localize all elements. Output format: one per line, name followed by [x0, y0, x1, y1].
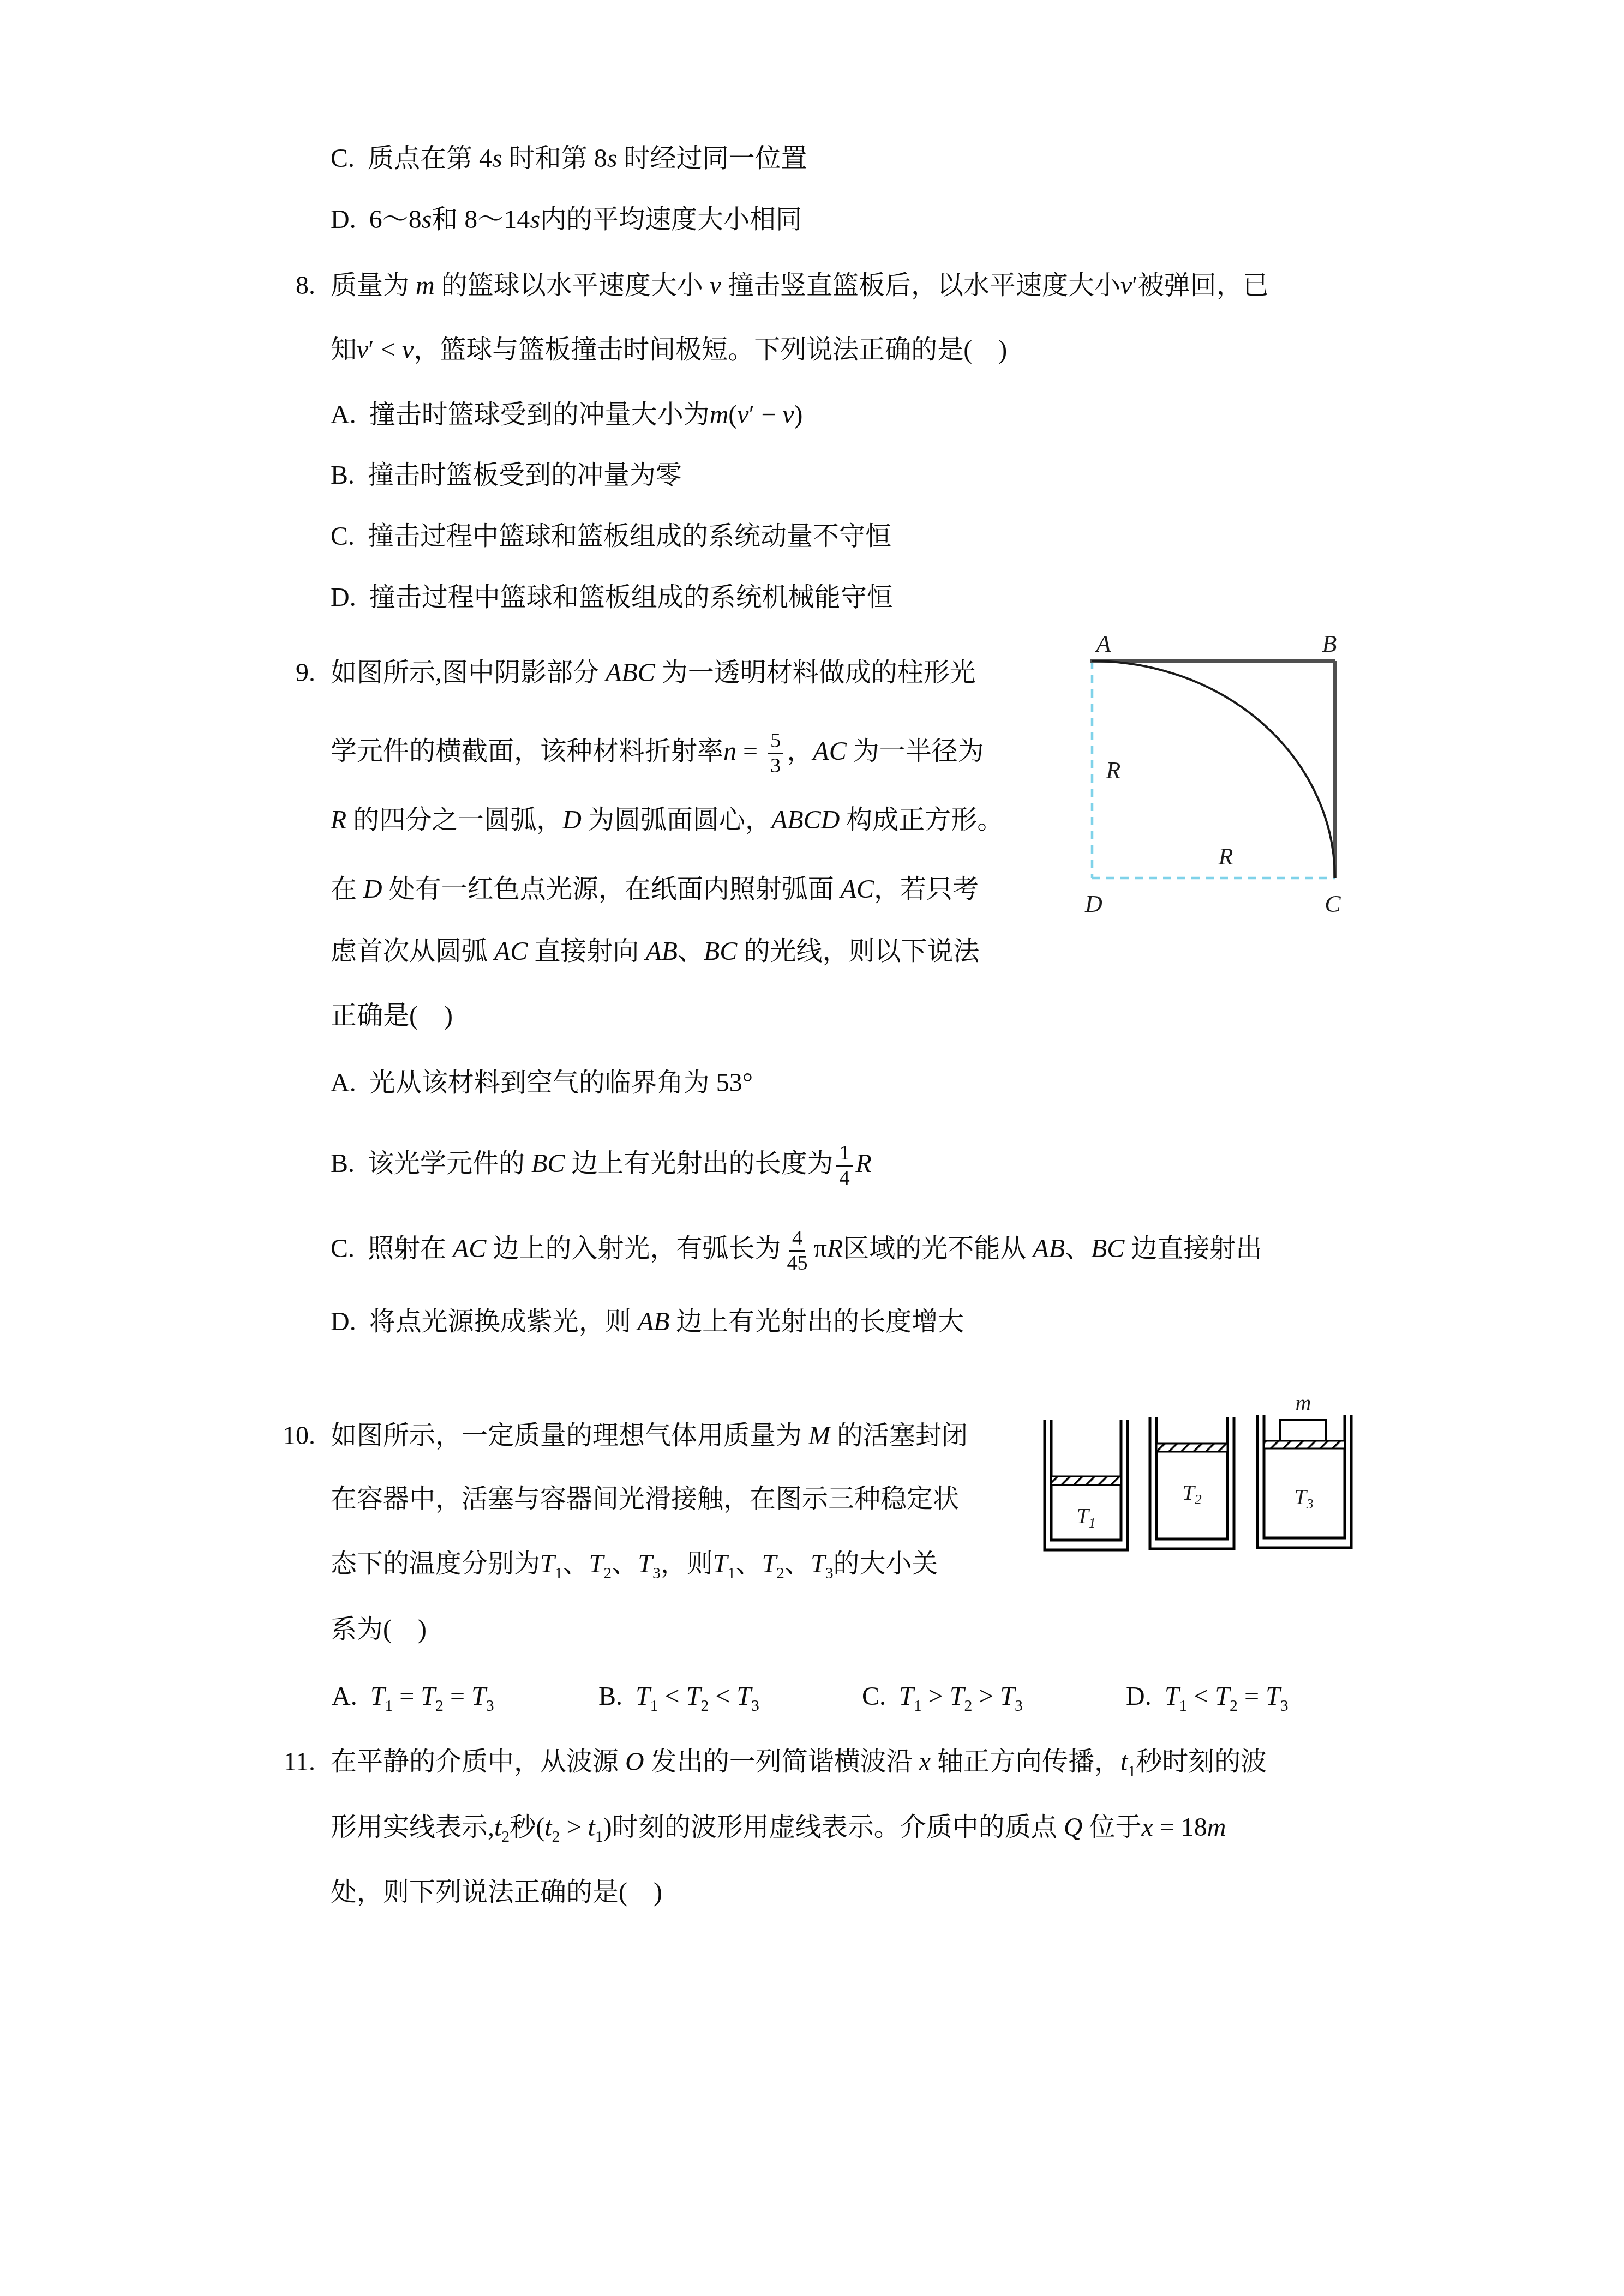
- q8-stem-line-1: 质量为 m 的篮球以水平速度大小 v 撞击竖直篮板后，以水平速度大小v′被弹回，…: [331, 271, 1269, 301]
- q10-option-b: B. T1 < T2 < T3: [598, 1681, 759, 1712]
- vessel3-weight-block: [1280, 1420, 1326, 1441]
- label-A: A: [1095, 630, 1112, 657]
- q9-number: 9.: [235, 658, 315, 688]
- q7-option-d: D. 6～8s和 8～14s内的平均速度大小相同: [331, 205, 802, 235]
- q7-option-c: C. 质点在第 4s 时和第 8s 时经过同一位置: [331, 143, 807, 174]
- q11-number: 11.: [235, 1747, 315, 1777]
- q11-stem-line-3: 处，则下列说法正确的是( ): [331, 1877, 662, 1908]
- label-B: B: [1322, 630, 1337, 657]
- q9-stem-line-3: R 的四分之一圆弧，D 为圆弧面圆心，ABCD 构成正方形。: [331, 805, 1003, 836]
- q9-stem-line-4: 在 D 处有一红色点光源，在纸面内照射弧面 AC，若只考: [331, 874, 979, 905]
- label-C: C: [1325, 891, 1341, 917]
- q8-stem-line-2: 知v′ < v，篮球与篮板撞击时间极短。下列说法正确的是( ): [331, 335, 1007, 365]
- q9-option-a: A. 光从该材料到空气的临界角为 53°: [331, 1068, 753, 1098]
- vessel1-piston: [1051, 1476, 1121, 1485]
- q8-option-a: A. 撞击时篮球受到的冲量大小为m(v′ − v): [331, 400, 803, 430]
- label-R-bottom: R: [1218, 843, 1233, 870]
- label-T1: T1: [1076, 1504, 1095, 1531]
- gas-cylinders-figure: T1 T2 m T3: [1036, 1385, 1364, 1565]
- q10-option-a: A. T1 = T2 = T3: [332, 1681, 494, 1712]
- q9-stem-line-2: 学元件的横截面，该种材料折射率n = 53，AC 为一半径为: [331, 729, 984, 778]
- q9-stem-line-5: 虑首次从圆弧 AC 直接射向 AB、BC 的光线，则以下说法: [331, 936, 979, 967]
- vessel2-piston: [1156, 1444, 1227, 1452]
- q10-stem-line-2: 在容器中，活塞与容器间光滑接触，在图示三种稳定状: [331, 1484, 959, 1514]
- q9-stem-line-6: 正确是( ): [331, 1001, 453, 1031]
- q10-stem-line-1: 如图所示，一定质量的理想气体用质量为 M 的活塞封闭: [331, 1421, 968, 1451]
- q10-option-d: D. T1 < T2 = T3: [1126, 1681, 1289, 1712]
- q10-stem-line-4: 系为( ): [331, 1614, 427, 1645]
- q9-option-c: C. 照射在 AC 边上的入射光，有弧长为445πR区域的光不能从 AB、BC …: [331, 1227, 1262, 1275]
- q8-option-c: C. 撞击过程中篮球和篮板组成的系统动量不守恒: [331, 521, 891, 552]
- q11-stem-line-1: 在平静的介质中，从波源 O 发出的一列简谐横波沿 x 轴正方向传播，t1秒时刻的…: [331, 1747, 1267, 1777]
- vessel3-piston: [1264, 1441, 1345, 1448]
- q8-option-d: D. 撞击过程中篮球和篮板组成的系统机械能守恒: [331, 582, 893, 613]
- q8-option-b: B. 撞击时篮板受到的冲量为零: [331, 460, 682, 491]
- q11-stem-line-2: 形用实线表示,t2秒(t2 > t1)时刻的波形用虚线表示。介质中的质点 Q 位…: [331, 1812, 1226, 1843]
- q9-option-b: B. 该光学元件的 BC 边上有光射出的长度为14R: [331, 1141, 872, 1190]
- label-T2: T2: [1182, 1480, 1201, 1507]
- exam-page: C. 质点在第 4s 时和第 8s 时经过同一位置 D. 6～8s和 8～14s…: [0, 0, 1624, 2296]
- label-R-left: R: [1106, 757, 1121, 784]
- q10-stem-line-3: 态下的温度分别为T1、T2、T3，则T1、T2、T3的大小关: [331, 1549, 938, 1579]
- arc-AC: [1092, 661, 1335, 878]
- optics-quarter-circle-figure: A B D C R R: [1083, 619, 1356, 924]
- label-m: m: [1296, 1391, 1311, 1415]
- q9-option-d: D. 将点光源换成紫光，则 AB 边上有光射出的长度增大: [331, 1307, 964, 1337]
- q8-number: 8.: [235, 271, 315, 301]
- q10-number: 10.: [235, 1421, 315, 1451]
- label-D: D: [1084, 891, 1102, 917]
- q9-stem-line-1: 如图所示,图中阴影部分 ABC 为一透明材料做成的柱形光: [331, 658, 976, 688]
- q10-option-c: C. T1 > T2 > T3: [862, 1681, 1023, 1712]
- label-T3: T3: [1294, 1484, 1313, 1512]
- vessel2-inner-wall: [1156, 1417, 1227, 1539]
